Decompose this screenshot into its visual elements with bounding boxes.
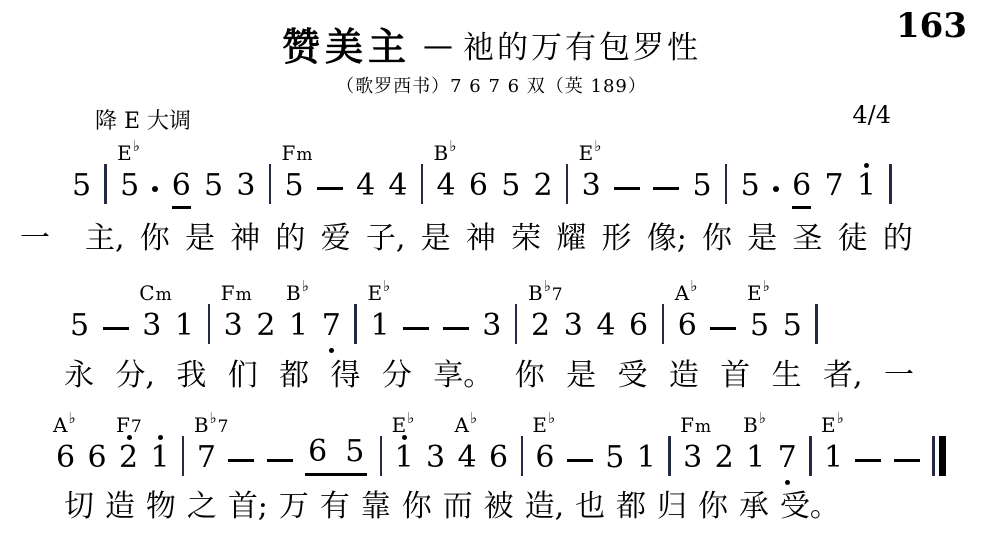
flat-symbol: ♭ bbox=[690, 277, 697, 295]
hymn-page: 163 赞美主—祂的万有包罗性 （歌罗西书）7 6 7 6 双（英 189） 降… bbox=[0, 0, 983, 550]
sustain-dash bbox=[403, 327, 429, 331]
barline bbox=[421, 164, 424, 204]
lyric-syllable: 爱 bbox=[321, 220, 351, 258]
note-value: 6 bbox=[792, 168, 811, 209]
sustain-dash bbox=[653, 187, 679, 191]
note-value: 1 bbox=[370, 308, 389, 344]
lyric-syllable: 也 bbox=[575, 488, 605, 526]
note-value: 2 bbox=[531, 308, 550, 344]
note: 1 bbox=[150, 440, 169, 476]
lyric-syllable: 有 bbox=[320, 488, 350, 526]
note-value: 7 bbox=[197, 440, 216, 476]
chord-label: E♭ bbox=[117, 137, 140, 165]
note: B♭77 bbox=[197, 440, 216, 476]
flat-symbol: ♭ bbox=[594, 137, 601, 155]
note: 6 bbox=[629, 308, 648, 344]
lyric-syllable: 万 bbox=[279, 488, 309, 526]
lyric-syllable: 受 bbox=[617, 357, 647, 395]
lyric-syllable: 形 bbox=[602, 220, 632, 258]
flat-symbol: ♭ bbox=[763, 277, 770, 295]
note: 4 bbox=[356, 168, 375, 204]
lyric-syllable: 造 bbox=[669, 357, 699, 395]
note-value: 7 bbox=[778, 440, 797, 476]
note: Cm3 bbox=[142, 308, 161, 344]
note-value: 2 bbox=[119, 440, 138, 476]
chord-label: E♭ bbox=[392, 409, 415, 437]
note-value: 5 bbox=[284, 168, 303, 204]
note-value: 5 bbox=[204, 168, 223, 204]
note: 6 bbox=[469, 168, 488, 204]
note: B♭72 bbox=[531, 308, 550, 344]
barline bbox=[566, 164, 569, 204]
note-value: 3 bbox=[426, 440, 445, 476]
chord-label: B♭ bbox=[434, 137, 457, 165]
lyric-syllable: 是 bbox=[421, 220, 451, 258]
note: Fm5 bbox=[284, 168, 303, 204]
note-value: 5 bbox=[783, 308, 802, 344]
lyric-syllable: 受。 bbox=[780, 488, 840, 526]
barline bbox=[354, 304, 357, 344]
barline bbox=[668, 436, 671, 476]
octave-dot-low bbox=[329, 348, 334, 353]
lyric-syllable: 子, bbox=[366, 220, 406, 258]
lyric-syllable: 你 bbox=[698, 488, 728, 526]
barline bbox=[380, 436, 383, 476]
lyric-syllable: 是 bbox=[566, 357, 596, 395]
final-bar-thick bbox=[939, 436, 946, 476]
chord-label: A♭ bbox=[455, 409, 478, 437]
lyric-syllable: 首; bbox=[228, 488, 268, 526]
lyric-syllable: 主, bbox=[85, 220, 125, 258]
lyric-syllable: 物 bbox=[146, 488, 176, 526]
lyric-syllable: 者, bbox=[823, 357, 863, 395]
flat-symbol: ♭ bbox=[210, 409, 217, 427]
augmentation-dot bbox=[152, 186, 158, 192]
note-value: 4 bbox=[437, 168, 456, 204]
lyric-syllable: 们 bbox=[228, 357, 258, 395]
note: E♭3 bbox=[582, 168, 601, 204]
chord-label: Fm bbox=[221, 281, 252, 305]
barline bbox=[815, 304, 818, 344]
chord-label: A♭ bbox=[53, 409, 76, 437]
note-value: 4 bbox=[458, 440, 477, 476]
note: 2 bbox=[256, 308, 275, 344]
chord-label: B♭ bbox=[743, 409, 766, 437]
flat-symbol: ♭ bbox=[302, 277, 309, 295]
lyric-syllable: 你 bbox=[402, 488, 432, 526]
lyric-syllable: 是 bbox=[185, 220, 215, 258]
note: 4 bbox=[388, 168, 407, 204]
flat-symbol: ♭ bbox=[759, 409, 766, 427]
note-value: 3 bbox=[224, 308, 243, 344]
note-value: 3 bbox=[482, 308, 501, 344]
barline bbox=[269, 164, 272, 204]
chord-label: E♭ bbox=[367, 277, 390, 305]
flat-symbol: ♭ bbox=[68, 409, 75, 427]
lyric-syllable: 造, bbox=[525, 488, 565, 526]
flat-symbol: ♭ bbox=[449, 137, 456, 155]
scripture-meter-reference: （歌罗西书）7 6 7 6 双（英 189） bbox=[0, 72, 983, 98]
note: E♭5 bbox=[750, 308, 769, 344]
eighth-note-beam: 65 bbox=[305, 434, 367, 476]
note: B♭4 bbox=[437, 168, 456, 204]
note-value: 5 bbox=[70, 308, 89, 344]
note: 5 bbox=[741, 168, 760, 204]
note: 3 bbox=[564, 308, 583, 344]
lyric-syllable: 得 bbox=[331, 357, 361, 395]
note: 5 bbox=[204, 168, 223, 204]
title-row: 赞美主—祂的万有包罗性 bbox=[0, 16, 983, 71]
note-value: 1 bbox=[824, 440, 843, 476]
note: E♭1 bbox=[824, 440, 843, 476]
lyric-line-3: 切造物之首;万有靠你而被造,也都归你承受。 bbox=[64, 488, 840, 526]
lyric-syllable: 归 bbox=[657, 488, 687, 526]
note-value: 1 bbox=[637, 440, 656, 476]
chord-label: E♭ bbox=[532, 409, 555, 437]
note: 5 bbox=[501, 168, 520, 204]
note: 3 bbox=[426, 440, 445, 476]
chord-label: E♭ bbox=[821, 409, 844, 437]
note: 6 bbox=[489, 440, 508, 476]
note-value: 6 bbox=[678, 308, 697, 344]
note: A♭6 bbox=[678, 308, 697, 344]
note: B♭1 bbox=[746, 440, 765, 476]
lyric-syllable: 造 bbox=[105, 488, 135, 526]
sustain-dash bbox=[103, 327, 129, 331]
lyric-syllable: 之 bbox=[187, 488, 217, 526]
note: E♭1 bbox=[395, 440, 414, 476]
lyric-syllable: 切 bbox=[64, 488, 94, 526]
lyric-syllable: 享。 bbox=[433, 357, 493, 395]
time-signature: 4/4 bbox=[852, 101, 891, 129]
barline bbox=[809, 436, 812, 476]
sustain-dash bbox=[614, 187, 640, 191]
barline bbox=[521, 436, 524, 476]
sustain-dash bbox=[443, 327, 469, 331]
octave-dot-low bbox=[785, 480, 790, 485]
note-value: 4 bbox=[356, 168, 375, 204]
note-value: 6 bbox=[489, 440, 508, 476]
note-value: 6 bbox=[172, 168, 191, 209]
lyric-syllable: 是 bbox=[747, 220, 777, 258]
hymn-title: 赞美主 bbox=[282, 25, 411, 69]
note-value: 3 bbox=[582, 168, 601, 204]
chord-label: Cm bbox=[139, 281, 171, 305]
note-value: 4 bbox=[596, 308, 615, 344]
lyric-syllable: 荣 bbox=[511, 220, 541, 258]
note: E♭1 bbox=[370, 308, 389, 344]
note: Fm3 bbox=[683, 440, 702, 476]
note-value: 7 bbox=[322, 308, 341, 344]
note-value: 5 bbox=[501, 168, 520, 204]
augmentation-dot bbox=[773, 186, 779, 192]
music-line-2: 5Cm31Fm32B♭17E♭13B♭72346A♭6E♭55 bbox=[70, 268, 818, 344]
note: Fm3 bbox=[224, 308, 243, 344]
barline bbox=[889, 164, 892, 204]
note-value: 3 bbox=[683, 440, 702, 476]
note: 3 bbox=[482, 308, 501, 344]
note-value: 6 bbox=[469, 168, 488, 204]
final-bar-thin bbox=[932, 436, 935, 476]
lyric-syllable: 你 bbox=[140, 220, 170, 258]
beamed-note-pair: 65 bbox=[305, 434, 367, 476]
note-value: 6 bbox=[308, 434, 327, 470]
lyric-syllable: 徒 bbox=[838, 220, 868, 258]
note: F72 bbox=[119, 440, 138, 476]
sustain-dash bbox=[317, 187, 343, 191]
lyric-line-1: 主,你是神的爱子,是神荣耀形像;你是圣徒的 bbox=[85, 220, 913, 258]
flat-symbol: ♭ bbox=[548, 409, 555, 427]
note: 5 bbox=[692, 168, 711, 204]
sustain-dash bbox=[567, 459, 593, 463]
lyric-syllable: 首 bbox=[720, 357, 750, 395]
note: A♭4 bbox=[458, 440, 477, 476]
lyric-syllable: 像; bbox=[647, 220, 687, 258]
lyric-syllable: 而 bbox=[443, 488, 473, 526]
chord-label: B♭ bbox=[286, 277, 309, 305]
note-value: 1 bbox=[857, 168, 876, 204]
sustain-dash bbox=[894, 459, 920, 463]
octave-dot-high bbox=[127, 435, 132, 440]
note: 6 bbox=[87, 440, 106, 476]
chord-label: F7 bbox=[116, 413, 142, 437]
chord-label: E♭ bbox=[579, 137, 602, 165]
flat-symbol: ♭ bbox=[133, 137, 140, 155]
flat-symbol: ♭ bbox=[470, 409, 477, 427]
note: 5 bbox=[72, 168, 91, 204]
note-value: 1 bbox=[150, 440, 169, 476]
music-line-1: 5E♭5653Fm544B♭4652E♭355671 bbox=[72, 128, 892, 204]
note: 6 bbox=[172, 168, 191, 204]
note-value: 5 bbox=[120, 168, 139, 204]
note: B♭1 bbox=[289, 308, 308, 344]
note-value: 3 bbox=[142, 308, 161, 344]
note-value: 3 bbox=[564, 308, 583, 344]
lyric-syllable: 神 bbox=[230, 220, 260, 258]
note-value: 2 bbox=[256, 308, 275, 344]
note: 7 bbox=[322, 308, 341, 344]
flat-symbol: ♭ bbox=[407, 409, 414, 427]
note: 7 bbox=[778, 440, 797, 476]
note: 6 bbox=[792, 168, 811, 204]
verse-number: 一 bbox=[20, 220, 50, 258]
chord-label: Fm bbox=[281, 141, 312, 165]
note: 2 bbox=[534, 168, 553, 204]
title-dash-separator: — bbox=[423, 29, 453, 64]
music-line-3: A♭66F721B♭7765E♭13A♭46E♭651Fm32B♭17E♭1 bbox=[56, 400, 946, 476]
barline bbox=[182, 436, 185, 476]
lyric-syllable: 生 bbox=[772, 357, 802, 395]
note: 5 bbox=[605, 440, 624, 476]
lyric-line-2: 永分,我们都得分享。你是受造首生者,一 bbox=[64, 357, 914, 395]
note-value: 6 bbox=[629, 308, 648, 344]
note: E♭5 bbox=[120, 168, 139, 204]
note-value: 6 bbox=[56, 440, 75, 476]
chord-label: E♭ bbox=[747, 277, 770, 305]
note-value: 7 bbox=[825, 168, 844, 204]
chord-label: Fm bbox=[680, 413, 711, 437]
lyric-syllable: 你 bbox=[702, 220, 732, 258]
note-value: 3 bbox=[236, 168, 255, 204]
lyric-syllable: 分 bbox=[382, 357, 412, 395]
note-value: 5 bbox=[605, 440, 624, 476]
sustain-dash bbox=[228, 459, 254, 463]
flat-symbol: ♭ bbox=[544, 277, 551, 295]
barline bbox=[662, 304, 665, 344]
chord-label: B♭7 bbox=[194, 409, 229, 437]
note-value: 6 bbox=[87, 440, 106, 476]
barline bbox=[208, 304, 211, 344]
octave-dot-high bbox=[158, 435, 163, 440]
lyric-syllable: 圣 bbox=[792, 220, 822, 258]
barline bbox=[515, 304, 518, 344]
note-value: 6 bbox=[535, 440, 554, 476]
note: 1 bbox=[637, 440, 656, 476]
lyric-syllable: 我 bbox=[176, 357, 206, 395]
final-barline bbox=[932, 436, 946, 476]
lyric-syllable: 靠 bbox=[361, 488, 391, 526]
note-value: 5 bbox=[72, 168, 91, 204]
lyric-syllable: 耀 bbox=[556, 220, 586, 258]
lyric-syllable: 神 bbox=[466, 220, 496, 258]
note: 1 bbox=[857, 168, 876, 204]
note-value: 2 bbox=[534, 168, 553, 204]
note-value: 1 bbox=[395, 440, 414, 476]
sustain-dash bbox=[710, 327, 736, 331]
chord-label: B♭7 bbox=[528, 277, 563, 305]
note-value: 1 bbox=[746, 440, 765, 476]
lyric-syllable: 承 bbox=[739, 488, 769, 526]
note: 4 bbox=[596, 308, 615, 344]
hymn-subtitle: 祂的万有包罗性 bbox=[463, 30, 701, 66]
lyric-syllable: 一 bbox=[884, 357, 914, 395]
lyric-syllable: 你 bbox=[515, 357, 545, 395]
flat-symbol: ♭ bbox=[383, 277, 390, 295]
note: E♭6 bbox=[535, 440, 554, 476]
note: 5 bbox=[70, 308, 89, 344]
flat-symbol: ♭ bbox=[837, 409, 844, 427]
note: 1 bbox=[175, 308, 194, 344]
note: 3 bbox=[236, 168, 255, 204]
note: 7 bbox=[825, 168, 844, 204]
barline bbox=[104, 164, 107, 204]
lyric-syllable: 都 bbox=[616, 488, 646, 526]
note-value: 1 bbox=[175, 308, 194, 344]
sustain-dash bbox=[267, 459, 293, 463]
note-value: 5 bbox=[750, 308, 769, 344]
note-value: 5 bbox=[692, 168, 711, 204]
lyric-syllable: 永 bbox=[64, 357, 94, 395]
note-value: 1 bbox=[289, 308, 308, 344]
barline bbox=[725, 164, 728, 204]
lyric-syllable: 都 bbox=[279, 357, 309, 395]
note: 5 bbox=[783, 308, 802, 344]
note-value: 4 bbox=[388, 168, 407, 204]
note-value: 2 bbox=[715, 440, 734, 476]
note: 2 bbox=[715, 440, 734, 476]
note-value: 5 bbox=[345, 434, 364, 470]
lyric-syllable: 的 bbox=[883, 220, 913, 258]
chord-label: A♭ bbox=[675, 277, 698, 305]
lyric-syllable: 分, bbox=[115, 357, 155, 395]
note-value: 5 bbox=[741, 168, 760, 204]
lyric-syllable: 被 bbox=[484, 488, 514, 526]
sustain-dash bbox=[855, 459, 881, 463]
note: A♭6 bbox=[56, 440, 75, 476]
lyric-syllable: 的 bbox=[275, 220, 305, 258]
